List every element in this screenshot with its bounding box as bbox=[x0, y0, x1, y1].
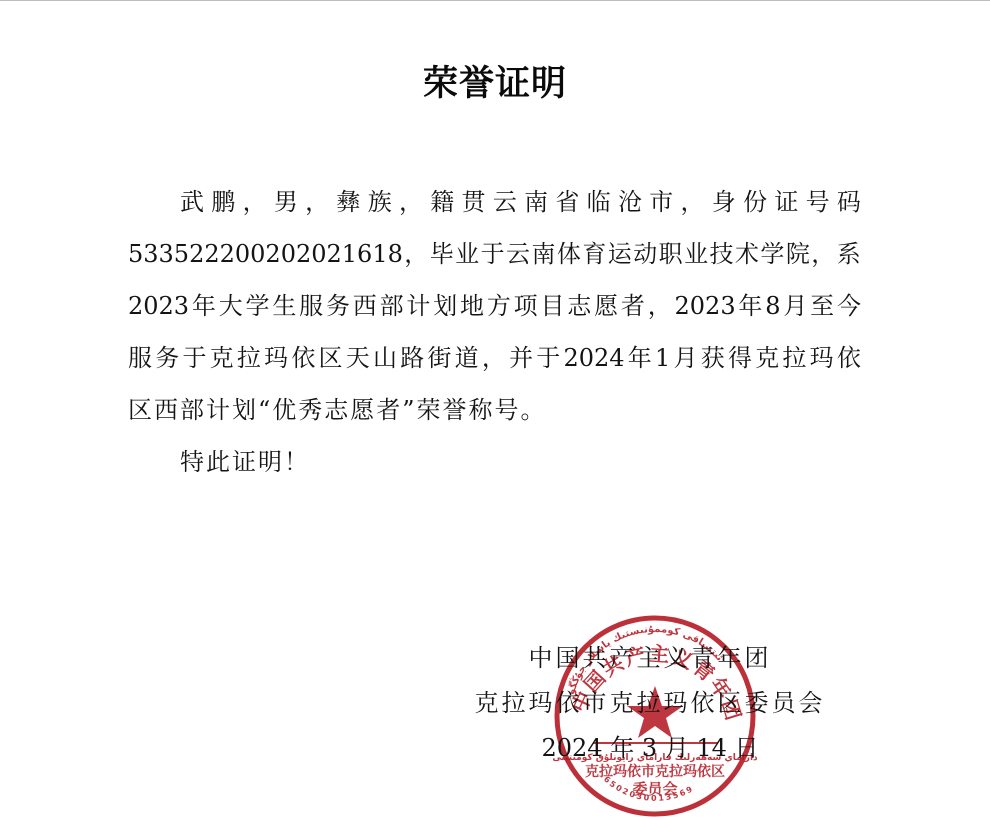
paragraph-line-1: 武鹏，男，彝族，籍贯云南省临沧市，身份证号码 bbox=[128, 176, 861, 228]
paragraph-line-4: 服务于克拉玛依区天山路街道，并于2024年1月获得克拉玛依 bbox=[128, 332, 861, 384]
paragraph-line-3: 2023年大学生服务西部计划地方项目志愿者，2023年8月至今 bbox=[128, 280, 861, 332]
paragraph-line-2: 533522200202021618，毕业于云南体育运动职业技术学院，系 bbox=[128, 228, 861, 280]
issuing-org-line-2: 克拉玛依市克拉玛依区委员会 bbox=[450, 681, 850, 726]
document-title: 荣誉证明 bbox=[0, 56, 990, 106]
signature-block: 中国共产主义青年团 克拉玛依市克拉玛依区委员会 2024 年 3 月 14 日 bbox=[450, 636, 850, 771]
issuing-org-line-1: 中国共产主义青年团 bbox=[450, 636, 850, 681]
closing-statement: 特此证明！ bbox=[128, 436, 861, 488]
issue-date: 2024 年 3 月 14 日 bbox=[450, 726, 850, 771]
paragraph-line-5: 区西部计划“优秀志愿者”荣誉称号。 bbox=[128, 384, 861, 436]
certificate-body: 武鹏，男，彝族，籍贯云南省临沧市，身份证号码 53352220020202161… bbox=[128, 176, 861, 488]
top-border bbox=[0, 0, 990, 1]
